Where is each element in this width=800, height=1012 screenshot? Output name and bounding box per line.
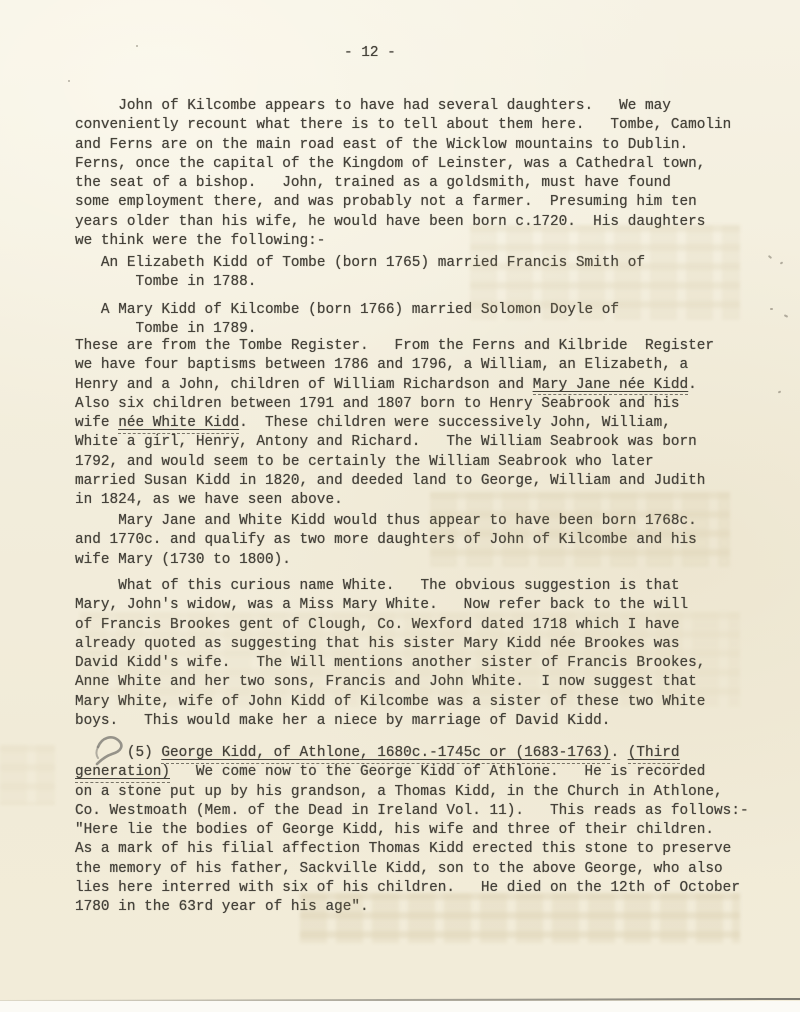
scan-edge-background — [0, 1001, 800, 1012]
paper-speck — [770, 308, 773, 310]
text-segment: What of this curious name White. The obv… — [75, 578, 705, 729]
text-segment: . — [610, 745, 627, 761]
daughter-entry-mary: A Mary Kidd of Kilcombe (born 1766) marr… — [75, 301, 757, 340]
paragraph-george-kidd-athlone: (5) George Kidd, of Athlone, 1680c.-1745… — [75, 744, 757, 918]
paper-speck — [136, 45, 138, 47]
text-segment: We come now to the George Kidd of Athlon… — [75, 764, 749, 915]
underlined-george-kidd-heading: George Kidd, of Athlone, 1680c.-1745c or… — [161, 745, 610, 764]
text-segment: Mary Jane and White Kidd would thus appe… — [75, 513, 697, 568]
text-segment: A Mary Kidd of Kilcombe (born 1766) marr… — [75, 302, 619, 337]
underlined-mary-jane-nee-kidd: Mary Jane née Kidd — [533, 377, 688, 396]
paragraph-registers: These are from the Tombe Register. From … — [75, 337, 757, 511]
text-segment: John of Kilcombe appears to have had sev… — [75, 98, 731, 249]
handwritten-arrow-mark-icon — [92, 733, 130, 767]
bleed-through-ghost — [0, 745, 55, 805]
paragraph-white-name: What of this curious name White. The obv… — [75, 577, 757, 731]
paper-speck — [784, 314, 788, 318]
underlined-nee-white-kidd: née White Kidd — [118, 415, 239, 434]
paper-speck — [778, 391, 782, 394]
paper-speck — [780, 261, 784, 264]
page-number: - 12 - — [344, 44, 396, 63]
daughter-entry-elizabeth: An Elizabeth Kidd of Tombe (born 1765) m… — [75, 254, 757, 293]
paragraph-birth-estimates: Mary Jane and White Kidd would thus appe… — [75, 512, 757, 570]
text-segment: An Elizabeth Kidd of Tombe (born 1765) m… — [75, 255, 645, 290]
paragraph-john-of-kilcombe: John of Kilcombe appears to have had sev… — [75, 97, 757, 251]
scanned-typewritten-page: - 12 - John of Kilcombe appears to have … — [0, 0, 800, 1012]
paper-speck — [68, 80, 70, 82]
paper-speck — [768, 255, 772, 259]
